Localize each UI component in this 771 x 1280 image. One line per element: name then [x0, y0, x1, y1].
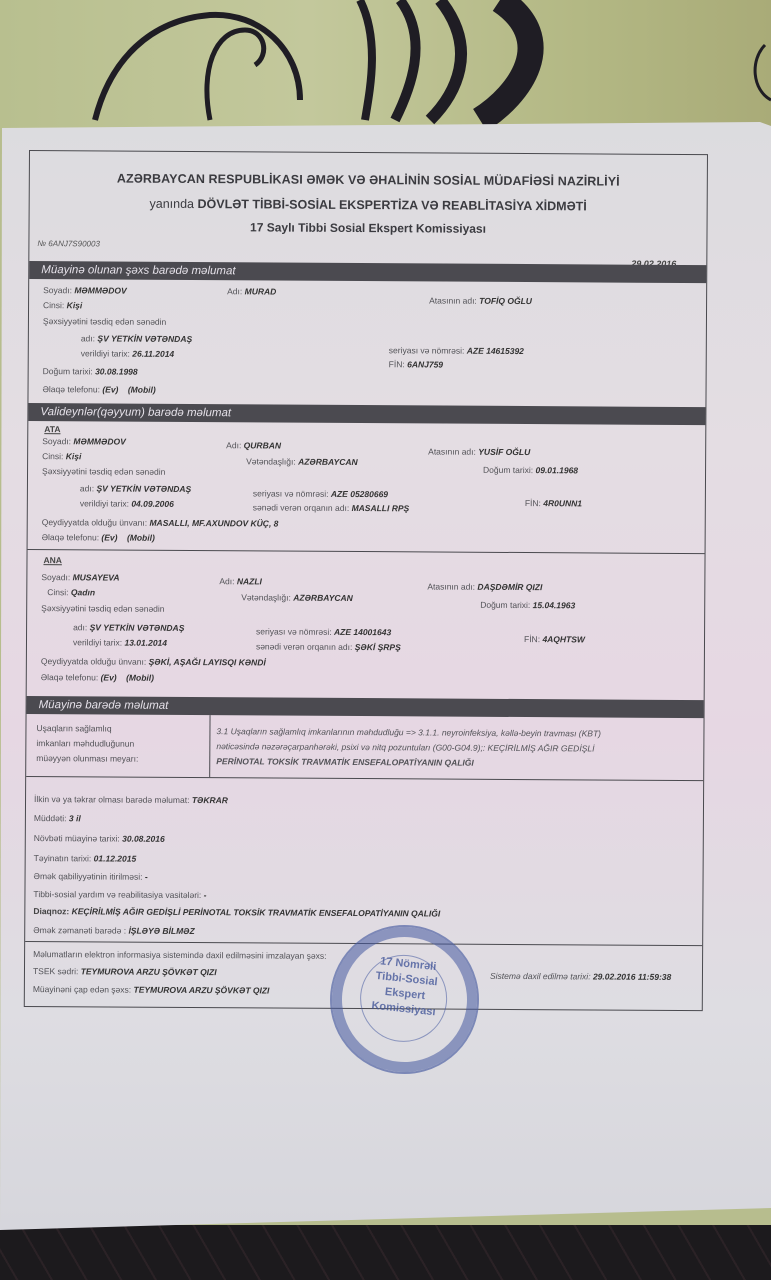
divider — [209, 715, 210, 777]
duration: Müddəti: 3 il — [34, 813, 81, 823]
mother-fin: FİN: 4AQHTSW — [524, 634, 585, 644]
document-number: № 6ANJ7S90003 — [37, 239, 100, 248]
person-gender: Cinsi: Kişi — [43, 300, 82, 310]
person-id-doc-label: Şəxsiyyətini təsdiq edən sənədin — [43, 316, 166, 327]
mother-surname: Soyadı: MUSAYEVA — [41, 572, 119, 582]
mother-issue-date: verildiyi tarix: 13.01.2014 — [73, 637, 167, 648]
printed-by: Müayinəni çap edən şəxs: TEYMUROVA ARZU … — [33, 984, 270, 995]
father-doc-name: adı: ŞV YETKİN VƏTƏNDAŞ — [80, 483, 191, 494]
mother-gender: Cinsi: Qadın — [47, 587, 95, 597]
person-phone: Əlaqə telefonu: (Ev) (Mobil) — [43, 384, 156, 395]
mother-patronymic: Atasının adı: DAŞDƏMİR QIZI — [427, 581, 542, 592]
father-id-doc-label: Şəxsiyyətini təsdiq edən sənədin — [42, 466, 165, 477]
employment-guarantee: Əmək zəmanəti barədə : İŞLƏYƏ BİLMƏZ — [33, 925, 195, 936]
person-surname: Soyadı: MƏMMƏDOV — [43, 285, 127, 296]
father-citizenship: Vətəndaşlığı: AZƏRBAYCAN — [246, 456, 358, 467]
next-exam-date: Növbəti müayinə tarixi: 30.08.2016 — [34, 833, 165, 844]
father-birth-date: Doğum tarixi: 09.01.1968 — [483, 465, 578, 476]
divider — [28, 549, 705, 554]
father-name: Adı: QURBAN — [226, 440, 281, 450]
father-issuer: sənədi verən orqanın adı: MASALLI RPŞ — [253, 502, 409, 513]
person-issue-date: verildiyi tarix: 26.11.2014 — [81, 348, 174, 359]
person-fin: FİN: 6ANJ759 — [389, 359, 443, 369]
mother-series: seriyası və nömrəsi: AZE 14001643 — [256, 626, 391, 637]
criteria-value: 3.1 Uşaqların sağlamlıq imkanlarının məh… — [216, 726, 601, 768]
tsek-chair: TSEK sədri: TEYMUROVA ARZU ŞÖVKƏT QIZI — [33, 966, 217, 977]
commission-title: 17 Saylı Tibbi Sosial Ekspert Komissiyas… — [29, 219, 706, 237]
person-patronymic: Atasının adı: TOFİQ OĞLU — [429, 295, 532, 306]
assignment-date: Təyinatın tarixi: 01.12.2015 — [34, 853, 137, 864]
person-series: seriyası və nömrəsi: AZE 14615392 — [389, 345, 524, 356]
father-patronymic: Atasının adı: YUSİF OĞLU — [428, 446, 530, 457]
system-entry-date: Sistemə daxil edilmə tarixi: 29.02.2016 … — [490, 971, 671, 982]
father-phone: Əlaqə telefonu: (Ev) (Mobil) — [42, 532, 155, 543]
person-name: Adı: MURAD — [227, 286, 276, 296]
ministry-title: AZƏRBAYCAN RESPUBLİKASI ƏMƏK VƏ ƏHALİNİN… — [30, 171, 707, 189]
mother-doc-name: adı: ŞV YETKİN VƏTƏNDAŞ — [73, 622, 184, 633]
diagnosis: Diaqnoz: KEÇİRİLMİŞ AĞIR GEDİŞLİ PERİNOT… — [33, 906, 440, 918]
father-surname: Soyadı: MƏMMƏDOV — [42, 436, 126, 447]
section-exam-header: Müayinə barədə məlumat — [27, 696, 704, 718]
mother-id-doc-label: Şəxsiyyətini təsdiq edən sənədin — [41, 603, 164, 614]
father-issue-date: verildiyi tarix: 04.09.2006 — [80, 498, 174, 509]
criteria-label: Uşaqların sağlamlıq imkanları məhdudluğu… — [36, 723, 138, 764]
section-parents-header: Valideynlər(qəyyum) barədə məlumat — [28, 403, 705, 425]
father-address: Qeydiyyatda olduğu ünvanı: MASALLI, MF.A… — [42, 517, 279, 528]
section-person-header: Müayinə olunan şəxs barədə məlumat — [29, 261, 706, 283]
mother-issuer: sənədi verən orqanın adı: ŞƏKİ ŞRPŞ — [256, 641, 401, 652]
mother-name: Adı: NAZLI — [219, 576, 262, 586]
father-series: seriyası və nömrəsi: AZE 05280669 — [253, 488, 388, 499]
father-fin: FİN: 4R0UNN1 — [525, 498, 582, 508]
work-capacity-loss: Əmək qabiliyyətinin itirilməsi: - — [34, 871, 148, 882]
certificate-frame: AZƏRBAYCAN RESPUBLİKASI ƏMƏK VƏ ƏHALİNİN… — [24, 150, 708, 1011]
father-title: ATA — [44, 424, 60, 434]
repeat-info: İlkin və ya təkrar olması barədə məlumat… — [34, 794, 228, 805]
father-gender: Cinsi: Kişi — [42, 451, 81, 461]
divider — [26, 776, 703, 781]
mother-birth-date: Doğum tarixi: 15.04.1963 — [480, 600, 575, 611]
medical-aid: Tibbi-sosial yardım və reabilitasiya vas… — [33, 889, 206, 900]
signer-intro: Məlumatların elektron informasiya sistem… — [33, 949, 326, 961]
background-table-cloth — [0, 1225, 771, 1280]
mother-address: Qeydiyyatda olduğu ünvanı: ŞƏKİ, AŞAĞI L… — [41, 656, 266, 667]
person-birth-date: Doğum tarixi: 30.08.1998 — [43, 366, 138, 377]
service-title: yanında DÖVLƏT TİBBİ-SOSİAL EKSPERTİZA V… — [30, 196, 707, 214]
mother-title: ANA — [43, 555, 61, 565]
person-doc-name: adı: ŞV YETKİN VƏTƏNDAŞ — [81, 333, 192, 344]
mother-citizenship: Vətəndaşlığı: AZƏRBAYCAN — [241, 592, 353, 603]
fabric-swirl-pattern — [0, 0, 771, 130]
mother-phone: Əlaqə telefonu: (Ev) (Mobil) — [41, 672, 154, 683]
